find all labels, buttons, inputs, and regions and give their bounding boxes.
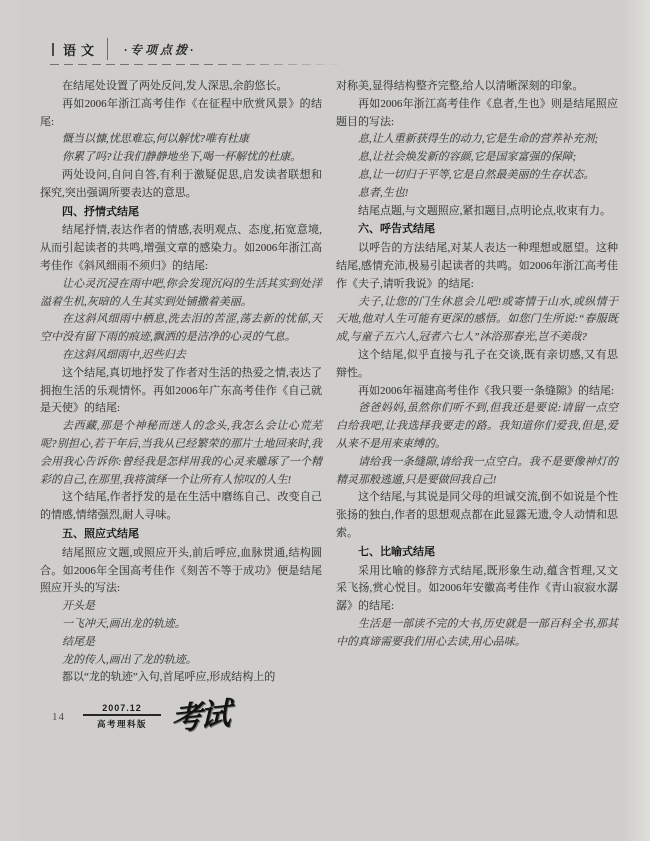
issue-block: 2007.12 高考理科版 (83, 703, 161, 730)
body-paragraph: 结尾抒情,表达作者的情感,表明观点、态度,拓宽意境,从而引起读者的共鸣,增强文章… (40, 222, 322, 275)
body-paragraph: 结尾点题,与文题照应,紧扣题目,点明论点,收束有力。 (336, 203, 618, 221)
quote-paragraph: 一飞冲天,画出龙的轨迹。 (40, 616, 322, 634)
edition-label: 高考理科版 (97, 718, 147, 730)
scan-edge-shadow-left (0, 0, 26, 841)
section-heading: 七、比喻式结尾 (336, 544, 618, 562)
body-paragraph: 对称美,显得结构整齐完整,给人以清晰深刻的印象。 (336, 78, 618, 96)
quote-paragraph: 开头是 (40, 598, 322, 616)
header-vertical-divider (107, 38, 108, 60)
column-section-title: ·专项点拨· (124, 41, 196, 58)
quote-paragraph: 让心灵沉浸在雨中吧,你会发现沉闷的生活其实到处洋溢着生机,灰暗的人生其实到处铺撒… (40, 276, 322, 312)
body-paragraph: 以呼告的方法结尾,对某人表达一种理想或愿望。这种结尾,感情充沛,极易引起读者的共… (336, 240, 618, 293)
right-column: 对称美,显得结构整齐完整,给人以清晰深刻的印象。再如2006年浙江高考佳作《息者… (336, 78, 618, 687)
quote-paragraph: 结尾是 (40, 634, 322, 652)
quote-paragraph: 龙的传人,画出了龙的轨迹。 (40, 652, 322, 670)
body-paragraph: 这个结尾,与其说是同父母的坦诚交流,倒不如说是个性张扬的独白,作者的思想观点都在… (336, 489, 618, 542)
body-paragraph: 再如2006年浙江高考佳作《在征程中欣赏风景》的结尾: (40, 96, 322, 132)
page-header: 语文 ·专项点拨· (52, 38, 196, 60)
magazine-logo: 考试 (171, 698, 229, 735)
section-heading: 四、抒情式结尾 (40, 204, 322, 222)
issue-divider-rule (83, 714, 161, 716)
header-dashed-rule (50, 64, 346, 65)
body-paragraph: 结尾照应文题,或照应开头,前后呼应,血脉贯通,结构圆合。如2006年全国高考佳作… (40, 545, 322, 598)
section-heading: 六、呼告式结尾 (336, 221, 618, 239)
quote-paragraph: 生活是一部读不完的大书,历史就是一部百科全书,那其中的真谛需要我们用心去读,用心… (336, 616, 618, 652)
quote-paragraph: 夫子,让您的门生休息会儿吧!或寄情于山水,或纵情于天地,他对人生可能有更深的感悟… (336, 294, 618, 347)
scan-edge-shadow-right (624, 0, 650, 841)
body-paragraph: 这个结尾,真切地抒发了作者对生活的热爱之情,表达了拥抱生活的乐观情怀。再如200… (40, 365, 322, 418)
quote-paragraph: 在这斜风细雨中,迟些归去 (40, 347, 322, 365)
quote-paragraph: 你累了吗?让我们静静地坐下,喝一杯解忧的杜康。 (40, 149, 322, 167)
body-paragraph: 这个结尾,似乎直接与孔子在交谈,既有亲切感,又有思辩性。 (336, 347, 618, 383)
left-column: 在结尾处设置了两处反问,发人深思,余韵悠长。再如2006年浙江高考佳作《在征程中… (40, 78, 322, 687)
quote-paragraph: 息,让人重新获得生的动力,它是生命的营养补充剂; (336, 131, 618, 149)
body-paragraph: 都以“龙的轨迹”入句,首尾呼应,形成结构上的 (40, 669, 322, 687)
section-heading: 五、照应式结尾 (40, 526, 322, 544)
body-paragraph: 这个结尾,作者抒发的是在生活中磨练自己、改变自己的情感,情绪强烈,耐人寻味。 (40, 489, 322, 525)
article-body: 在结尾处设置了两处反问,发人深思,余韵悠长。再如2006年浙江高考佳作《在征程中… (40, 78, 618, 687)
body-paragraph: 再如2006年福建高考佳作《我只要一条缝隙》的结尾: (336, 383, 618, 401)
body-paragraph: 两处设问,自问自答,有利于激疑促思,启发读者联想和探究,突出强调所要表达的意思。 (40, 167, 322, 203)
journal-subject-label: 语文 (63, 40, 99, 59)
header-tick-rule (52, 43, 54, 56)
quote-paragraph: 慨当以慷,忧思难忘,何以解忧?唯有杜康 (40, 131, 322, 149)
quote-paragraph: 请给我一条缝隙,请给我一点空白。我不是要像神灯的精灵那般逃遁,只是要做回我自己! (336, 454, 618, 490)
quote-paragraph: 息者,生也! (336, 185, 618, 203)
quote-paragraph: 在这斜风细雨中栖息,洗去泪的苦涩,荡去新的忧郁,天空中没有留下雨的痕迹,飘洒的是… (40, 311, 322, 347)
page-footer: 14 2007.12 高考理科版 考试 (52, 701, 229, 732)
body-paragraph: 再如2006年浙江高考佳作《息者,生也》则是结尾照应题目的写法: (336, 96, 618, 132)
scanned-magazine-page: 语文 ·专项点拨· 在结尾处设置了两处反问,发人深思,余韵悠长。再如2006年浙… (0, 0, 650, 841)
quote-paragraph: 去西藏,那是个神秘而迷人的念头,我怎么会让心荒芜呢?别担心,若干年后,当我从已经… (40, 418, 322, 489)
quote-paragraph: 爸爸妈妈,虽然你们听不到,但我还是要说:请留一点空白给我吧,让我选择我要走的路。… (336, 400, 618, 453)
body-paragraph: 采用比喻的修辞方式结尾,既形象生动,蕴含哲理,又文采飞扬,赏心悦目。如2006年… (336, 563, 618, 616)
quote-paragraph: 息,让一切归于平等,它是自然最美丽的生存状态。 (336, 167, 618, 185)
issue-date: 2007.12 (102, 703, 142, 713)
quote-paragraph: 息,让社会焕发新的容颜,它是国家富强的保障; (336, 149, 618, 167)
body-paragraph: 在结尾处设置了两处反问,发人深思,余韵悠长。 (40, 78, 322, 96)
page-number: 14 (52, 711, 65, 723)
